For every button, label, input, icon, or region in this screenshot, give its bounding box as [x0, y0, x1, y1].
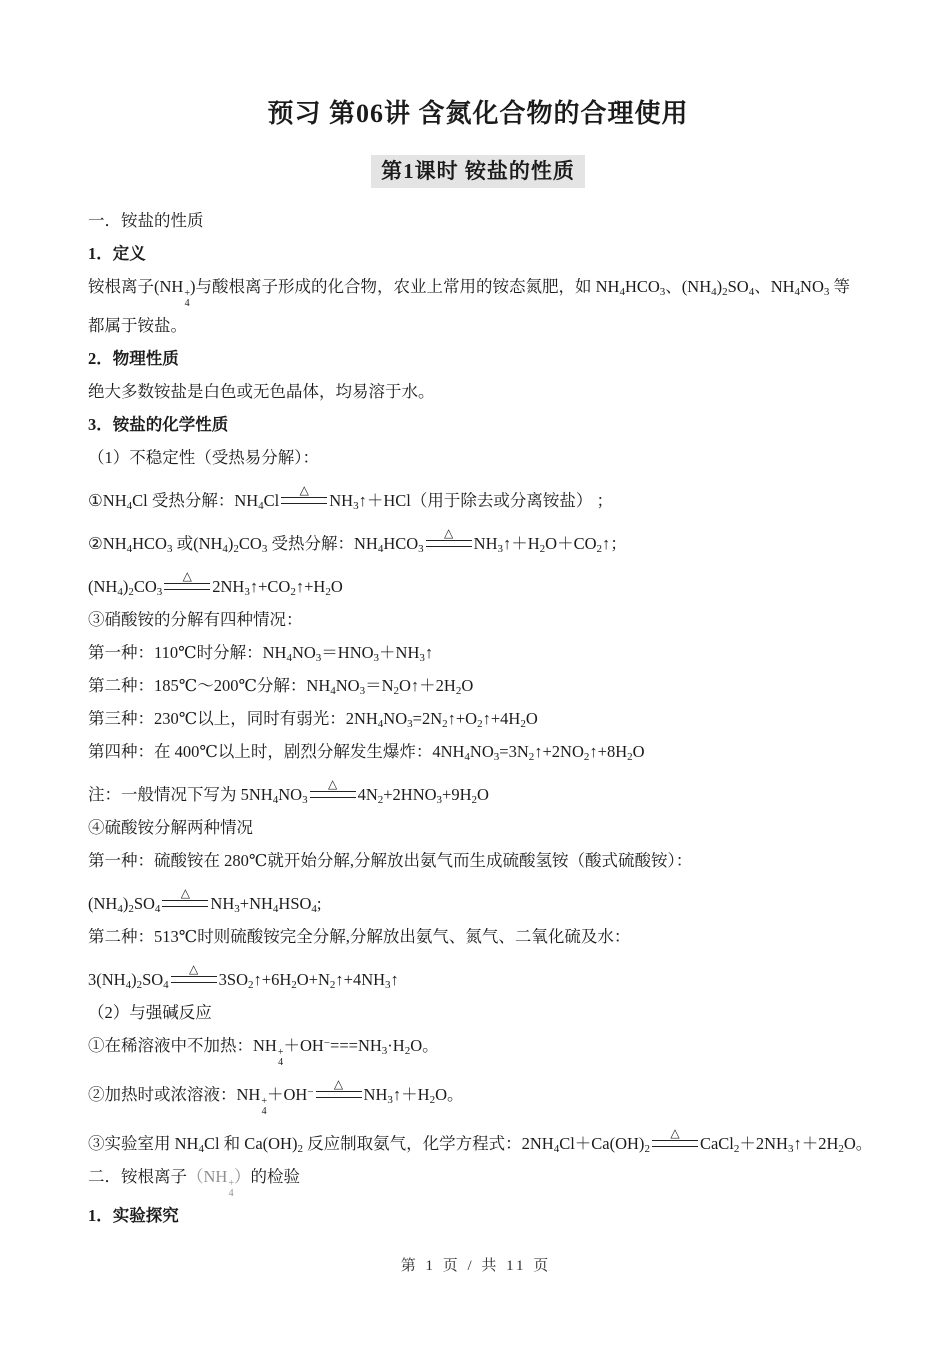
text-line: （2）与强碱反应	[88, 996, 868, 1029]
delta-triangle-icon: △	[444, 527, 453, 539]
equation-line: 3(NH4)2SO4△3SO2↑+6H2O+N2↑+4NH3↑	[88, 953, 868, 996]
text-line: 都属于铵盐。	[88, 309, 868, 342]
document-body: 一．铵盐的性质1．定义铵根离子(NH+4)与酸根离子形成的化合物，农业上常用的铵…	[88, 204, 868, 1232]
heating-condition-equals-icon: △	[426, 540, 472, 547]
text-line: ③硝酸铵的分解有四种情况：	[88, 603, 868, 636]
delta-triangle-icon: △	[183, 570, 192, 582]
heating-condition-equals-icon: △	[652, 1140, 698, 1147]
ammonium-ion: NH+4	[160, 277, 190, 296]
text-line: 第一种：硫酸铵在 280℃就开始分解,分解放出氨气而生成硫酸氢铵（酸式硫酸铵）：	[88, 844, 868, 877]
equation-line: 第四种：在 400℃以上时，剧烈分解发生爆炸：4NH4NO3=3N2↑+2NO2…	[88, 735, 868, 768]
heating-condition-equals-icon: △	[310, 791, 356, 798]
text-line: 1．定义	[88, 237, 868, 270]
text-line: 3．铵盐的化学性质	[88, 408, 868, 441]
ammonium-ion: NH+4	[253, 1036, 283, 1055]
heating-condition-equals-icon: △	[316, 1091, 362, 1098]
equation-line: ②加热时或浓溶液：NH+4＋OH−△NH3↑＋H2O。	[88, 1068, 868, 1117]
equation-line: 注：一般情况下写为 5NH4NO3△4N2+2HNO3+9H2O	[88, 768, 868, 811]
document-title: 预习 第06讲 含氮化合物的合理使用	[88, 96, 868, 131]
delta-triangle-icon: △	[328, 778, 337, 790]
heating-condition-equals-icon: △	[171, 976, 217, 983]
text-line: 一．铵盐的性质	[88, 204, 868, 237]
gray-annotation: （NH+4）	[187, 1167, 250, 1186]
page-number: 第 1 页 / 共 11 页	[0, 1254, 952, 1275]
equation-line: 第一种：110℃时分解：NH4NO3＝HNO3＋NH3↑	[88, 636, 868, 669]
equation-line: 第二种：185℃～200℃分解：NH4NO3＝N2O↑＋2H2O	[88, 669, 868, 702]
subtitle-row: 第1课时 铵盐的性质	[88, 155, 868, 188]
equation-line: ①NH4Cl 受热分解：NH4Cl△NH3↑＋HCl（用于除去或分离铵盐） ；	[88, 474, 868, 517]
delta-triangle-icon: △	[189, 963, 198, 975]
equation-line: ②NH4HCO3 或(NH4)2CO3 受热分解：NH4HCO3△NH3↑＋H2…	[88, 517, 868, 560]
equation-line: ③实验室用 NH4Cl 和 Ca(OH)2 反应制取氨气，化学方程式：2NH4C…	[88, 1117, 868, 1160]
text-line: （1）不稳定性（受热易分解）：	[88, 441, 868, 474]
text-line: 二．铵根离子（NH+4）的检验	[88, 1160, 868, 1199]
heating-condition-equals-icon: △	[164, 583, 210, 590]
heating-condition-equals-icon: △	[162, 900, 208, 907]
text-line: 1．实验探究	[88, 1199, 868, 1232]
ammonium-ion: NH+4	[237, 1085, 267, 1104]
text-line: ④硫酸铵分解两种情况	[88, 811, 868, 844]
equation-line: (NH4)2CO3△2NH3↑+CO2↑+H2O	[88, 560, 868, 603]
lesson-subtitle: 第1课时 铵盐的性质	[371, 155, 585, 188]
delta-triangle-icon: △	[334, 1078, 343, 1090]
ammonium-ion: NH+4	[204, 1167, 234, 1186]
equation-line: ①在稀溶液中不加热：NH+4＋OH−===NH3·H2O。	[88, 1029, 868, 1068]
delta-triangle-icon: △	[300, 484, 309, 496]
equation-line: 第三种：230℃以上，同时有弱光：2NH4NO3=2N2↑+O2↑+4H2O	[88, 702, 868, 735]
text-line: 2．物理性质	[88, 342, 868, 375]
text-line: 铵根离子(NH+4)与酸根离子形成的化合物，农业上常用的铵态氮肥，如 NH4HC…	[88, 270, 868, 309]
document-page: 预习 第06讲 含氮化合物的合理使用 第1课时 铵盐的性质 一．铵盐的性质1．定…	[0, 0, 952, 1347]
delta-triangle-icon: △	[670, 1127, 679, 1139]
text-line: 第二种：513℃时则硫酸铵完全分解,分解放出氨气、氮气、二氧化硫及水：	[88, 920, 868, 953]
text-line: 绝大多数铵盐是白色或无色晶体，均易溶于水。	[88, 375, 868, 408]
heating-condition-equals-icon: △	[281, 497, 327, 504]
equation-line: (NH4)2SO4△NH3+NH4HSO4;	[88, 877, 868, 920]
delta-triangle-icon: △	[181, 887, 190, 899]
